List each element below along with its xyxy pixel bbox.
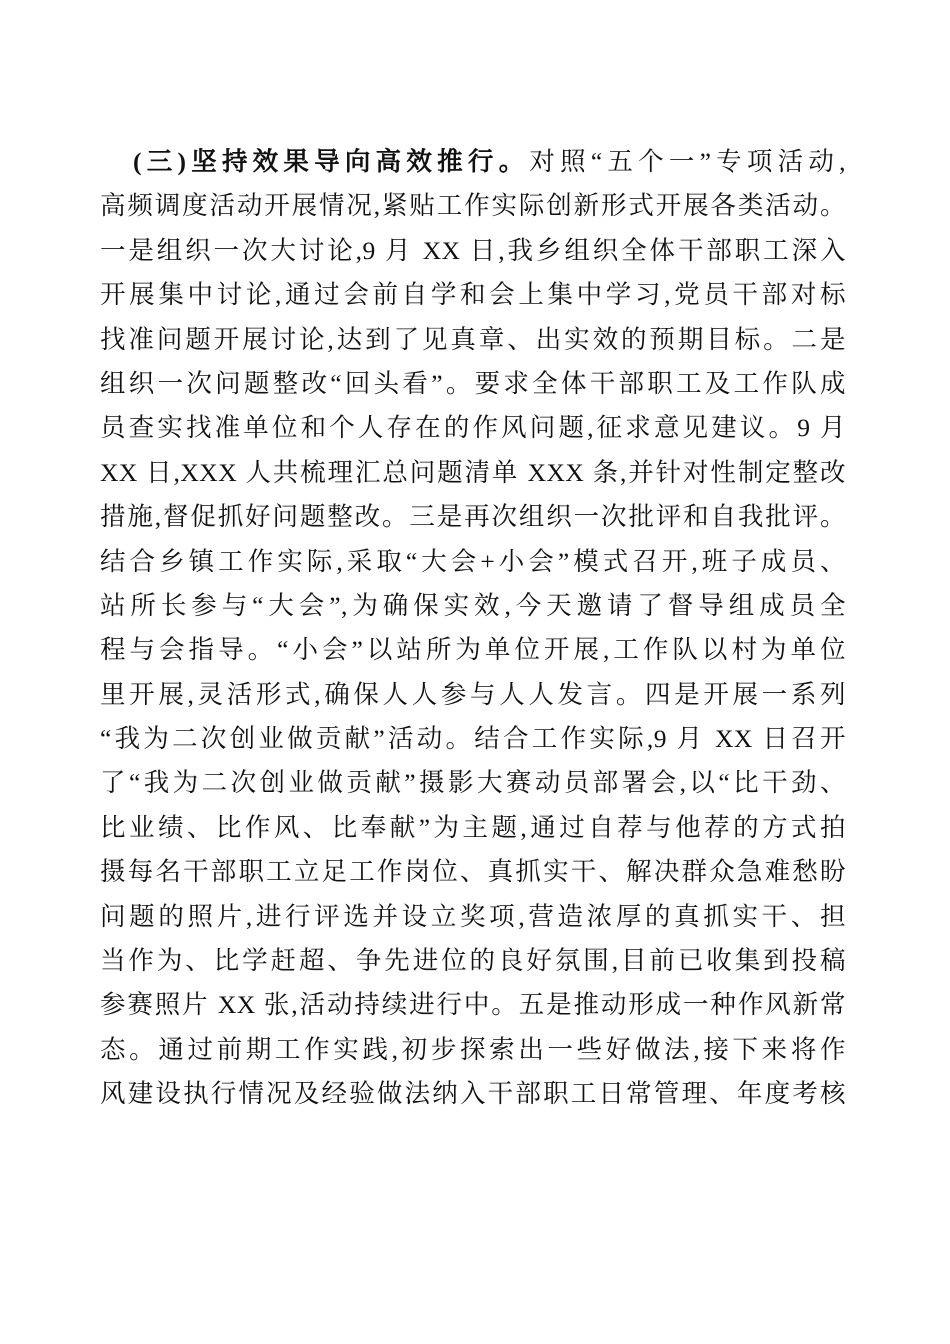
text-line: 当作为、比学赶超、争先进位的良好氛围,目前已收集到投稿: [100, 939, 846, 983]
text-line: 高频调度活动开展情况,紧贴工作实际创新形式开展各类活动。: [100, 184, 846, 228]
section-heading: (三)坚持效果导向高效推行。: [133, 147, 529, 176]
text-line: 了“我为二次创业做贡献”摄影大赛动员部署会,以“比干劲、: [100, 761, 846, 805]
text-line: 参赛照片 XX 张,活动持续进行中。五是推动形成一种作风新常: [100, 983, 846, 1027]
text-line: 站所长参与“大会”,为确保实效,今天邀请了督导组成员全: [100, 584, 846, 628]
text-line: 问题的照片,进行评选并设立奖项,营造浓厚的真抓实干、担: [100, 895, 846, 939]
text-line: 程与会指导。“小会”以站所为单位开展,工作队以村为单位: [100, 628, 846, 672]
document-body: (三)坚持效果导向高效推行。对照“五个一”专项活动, 高频调度活动开展情况,紧贴…: [100, 140, 846, 1117]
text-line: 摄每名干部职工立足工作岗位、真抓实干、解决群众急难愁盼: [100, 850, 846, 894]
text-line: 一是组织一次大讨论,9 月 XX 日,我乡组织全体干部职工深入: [100, 229, 846, 273]
text-line: 里开展,灵活形式,确保人人参与人人发言。四是开展一系列: [100, 673, 846, 717]
text-line: 比业绩、比作风、比奉献”为主题,通过自荐与他荐的方式拍: [100, 806, 846, 850]
text-line: 找准问题开展讨论,达到了见真章、出实效的预期目标。二是: [100, 318, 846, 362]
text-line: XX 日,XXX 人共梳理汇总问题清单 XXX 条,并针对性制定整改: [100, 451, 846, 495]
text-line: 员查实找准单位和个人存在的作风问题,征求意见建议。9 月: [100, 406, 846, 450]
text-line: 风建设执行情况及经验做法纳入干部职工日常管理、年度考核: [100, 1072, 846, 1116]
paragraph-first-line: (三)坚持效果导向高效推行。对照“五个一”专项活动,: [100, 140, 846, 184]
text-line: “我为二次创业做贡献”活动。结合工作实际,9 月 XX 日召开: [100, 717, 846, 761]
text-line: 开展集中讨论,通过会前自学和会上集中学习,党员干部对标: [100, 273, 846, 317]
text-line: 组织一次问题整改“回头看”。要求全体干部职工及工作队成: [100, 362, 846, 406]
first-line-text: 对照“五个一”专项活动,: [529, 147, 846, 176]
text-line: 态。通过前期工作实践,初步探索出一些好做法,接下来将作: [100, 1028, 846, 1072]
text-line: 措施,督促抓好问题整改。三是再次组织一次批评和自我批评。: [100, 495, 846, 539]
document-page: (三)坚持效果导向高效推行。对照“五个一”专项活动, 高频调度活动开展情况,紧贴…: [0, 0, 950, 1344]
text-line: 结合乡镇工作实际,采取“大会+小会”模式召开,班子成员、: [100, 540, 846, 584]
